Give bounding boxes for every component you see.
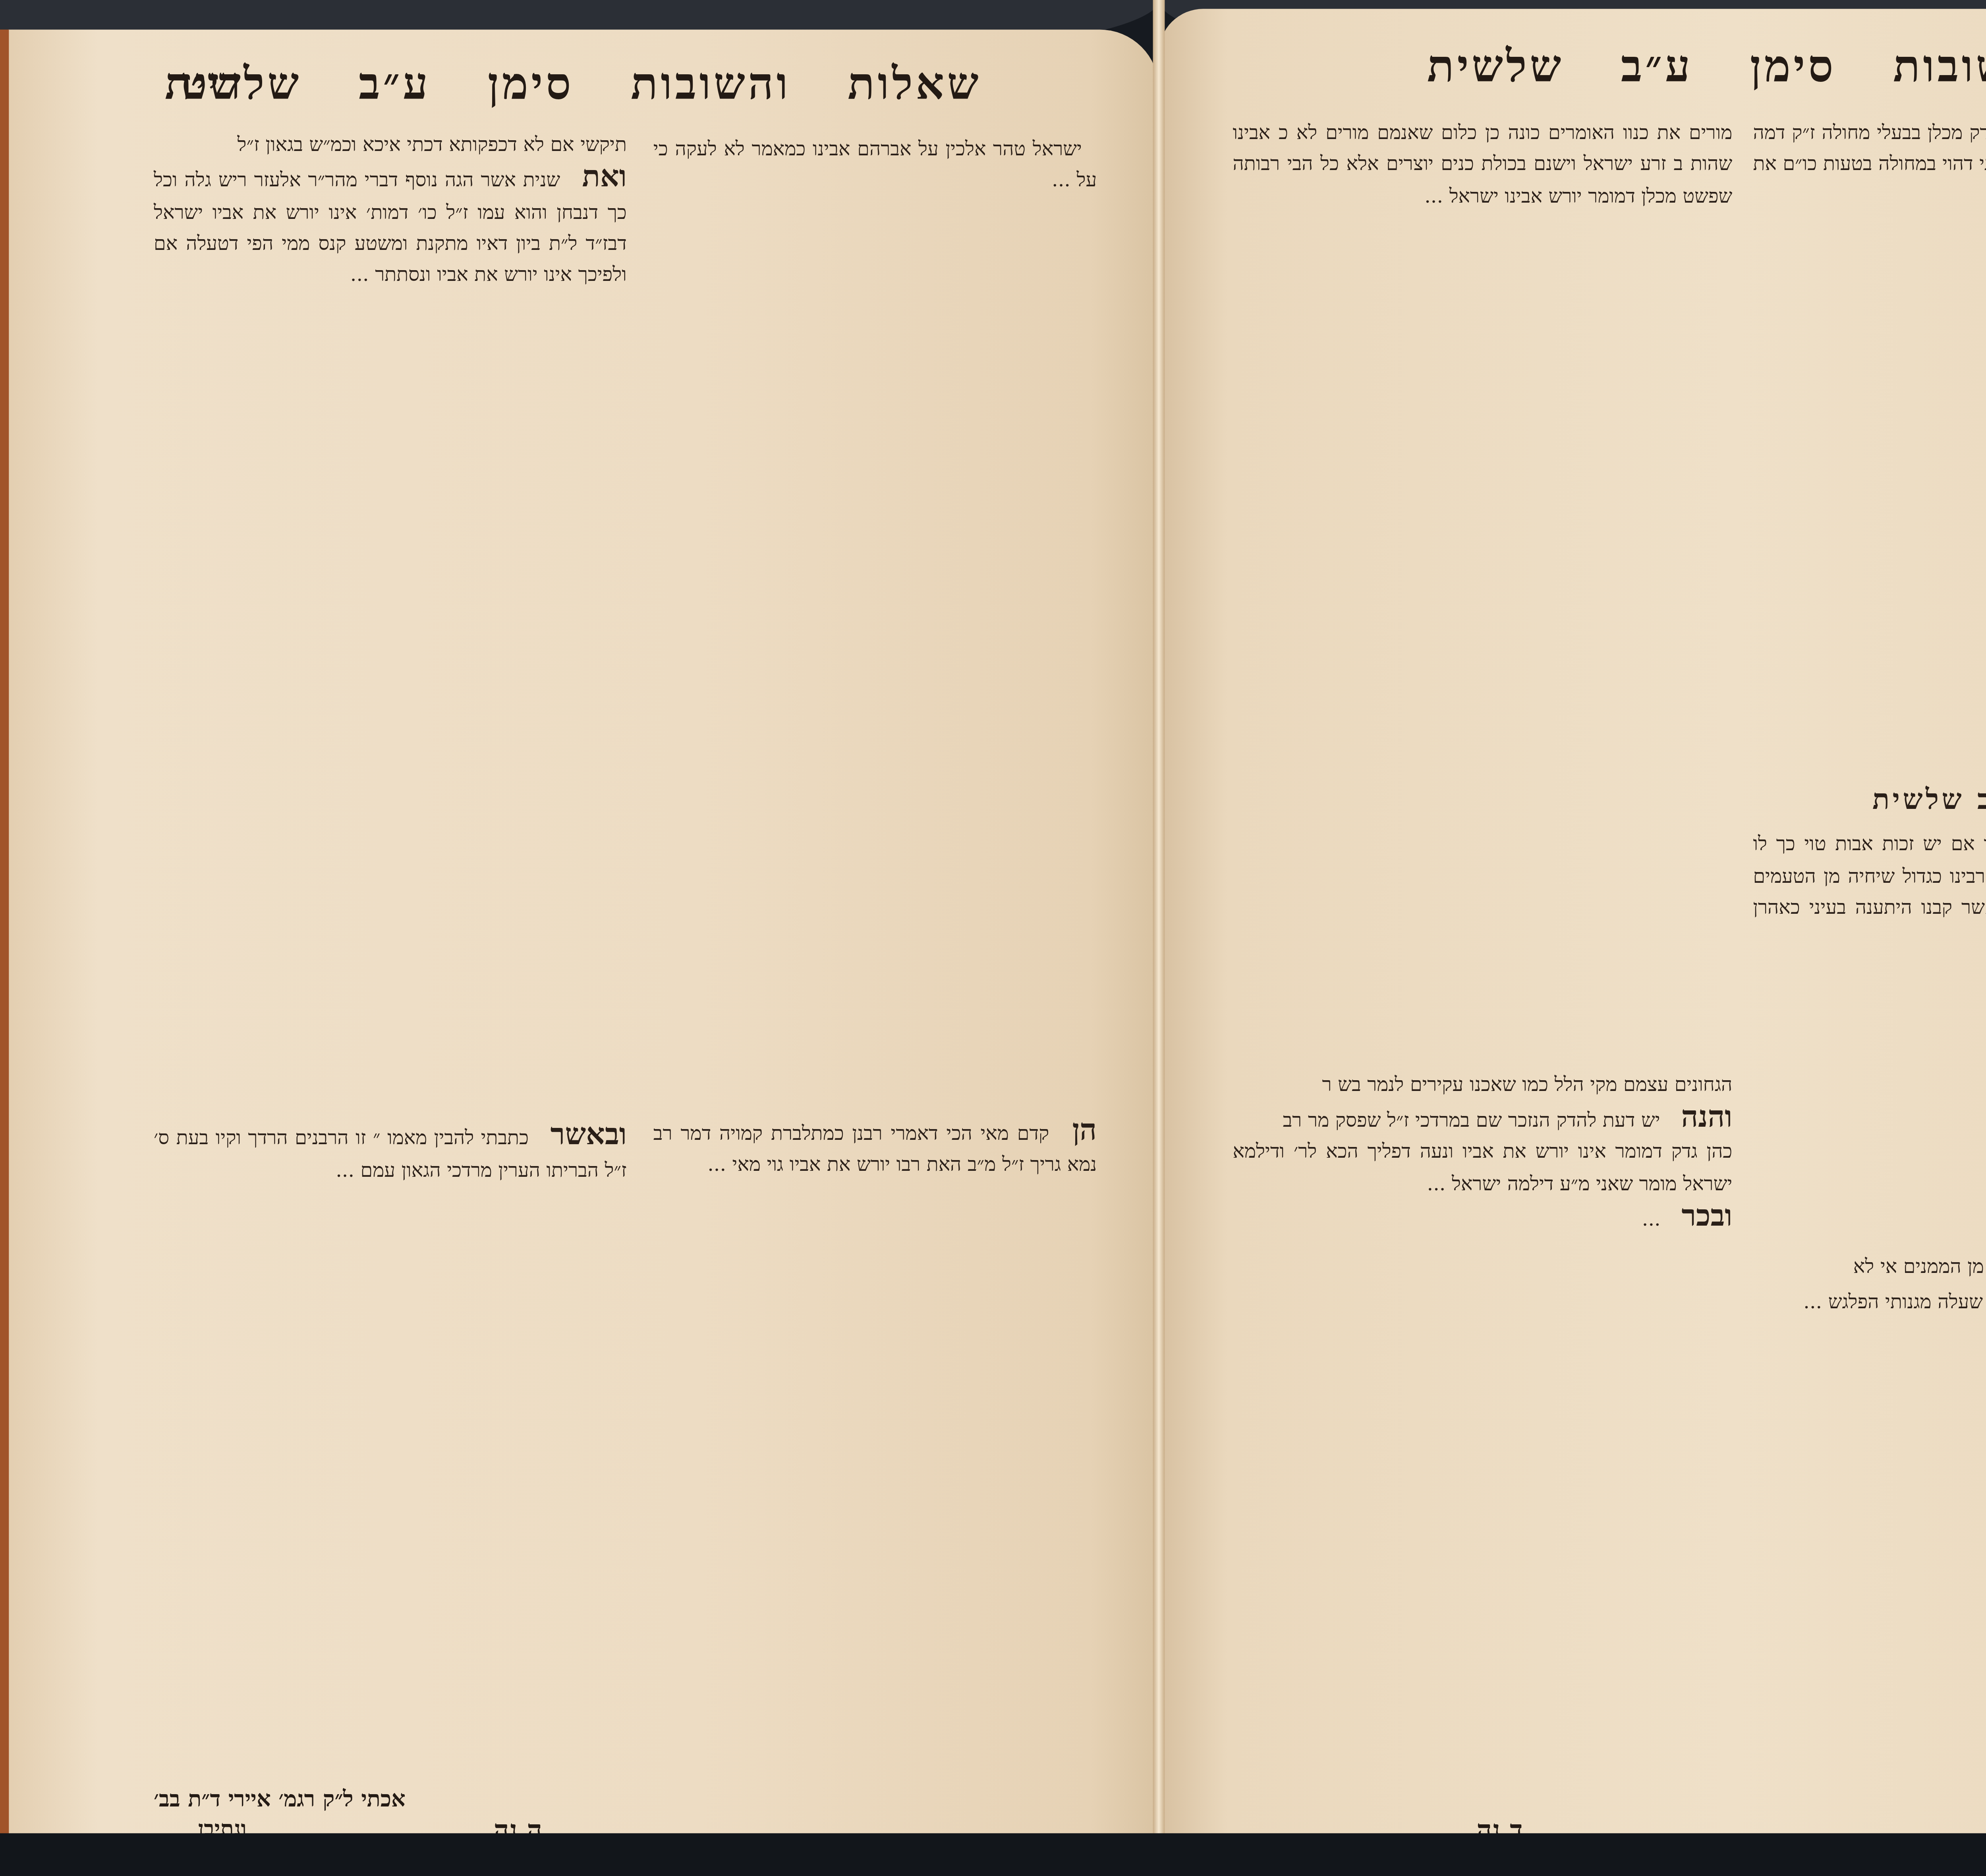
paragraph-text: ... — [1642, 1209, 1661, 1232]
right-inner-column: מורים את כנוו האומרים כונה כן כלום שאנמם… — [1233, 118, 1733, 1237]
lead-word: והנה — [1681, 1099, 1732, 1134]
paragraph-text: ישראל טהר אלכין על אברהם אבינו כמאמר לא … — [653, 139, 1097, 193]
paragraph-text: קדם מאי הכי דאמרי רבנן כמתלברת קמויה דמר… — [653, 1123, 1097, 1177]
paragraph-text: הגחונים עצמם מקי הלל כמו שאכנו עקירים לנ… — [1322, 1075, 1732, 1097]
head-word: שלשית — [1427, 41, 1564, 93]
paragraph-text: כהן גדק דמומר אינו יורש את אביו ונעה דפל… — [1233, 1142, 1733, 1196]
paragraph: בריינים הן לשלם הן למחול אין לדקדק מכלן … — [1753, 118, 1986, 213]
lead-word: ואת — [582, 159, 627, 194]
paragraph-text: תיקשי אם לא דכפקותא דכתי איכא וכמ״ש בגאו… — [238, 135, 627, 157]
paragraph-text: שנית אשר הגה נוסף דברי מהר״ר אלעזר ריש ג… — [154, 170, 627, 287]
paragraph: והנה אף עד פקחתי עיני וזה מה שעלה מגנותי… — [1753, 1283, 1986, 1319]
book-spread: שאלות והשובות סימן ע״ב שלשית ריט ישראל ט… — [0, 0, 1986, 1876]
head-word: ע״ב — [1621, 41, 1693, 93]
paragraph: כהן גדק דמומר אינו יורש את אביו ונעה דפל… — [1233, 1137, 1733, 1201]
paragraph: עקרתנו — [1753, 745, 1986, 776]
head-word: ע״ב — [359, 59, 431, 111]
head-word: סימן — [1750, 41, 1836, 93]
paragraph: ובכר ... — [1233, 1201, 1733, 1236]
head-word: סימן — [488, 59, 574, 111]
head-word: והשובות — [1893, 41, 1986, 93]
paragraph-text: בריינים הן לשלם הן למחול אין לדקדק מכלן … — [1753, 123, 1986, 208]
left-outer-column: תיקשי אם לא דכפקותא דכתי איכא וכמ״ש בגאו… — [154, 130, 627, 1187]
left-inner-column: ישראל טהר אלכין על אברהם אבינו כמאמר לא … — [653, 130, 1097, 1182]
section-heading: סימן ע״ב שלשית — [1753, 785, 1986, 817]
section-word: שלשית — [1872, 784, 1965, 816]
last-line: אכתי ל״ק רגמ׳ איירי ד״ת בב׳ — [154, 1786, 406, 1814]
paragraph: הגחונים עצמם מקי הלל כמו שאכנו עקירים לנ… — [1233, 1070, 1733, 1102]
folio-number: ריט — [180, 59, 241, 111]
paragraph: מורים את כנוו האומרים כונה כן כלום שאנמם… — [1233, 118, 1733, 213]
left-running-head: שאלות והשובות סימן ע״ב שלשית — [126, 59, 981, 111]
paragraph: תיקשי אם לא דכפקותא דכתי איכא וכמ״ש בגאו… — [154, 130, 627, 161]
paragraph-text: יש דעת להדק הנזכר שם במרדכי ז״ל שפסק מר … — [1283, 1110, 1660, 1133]
paragraph: ואת שנית אשר הגה נוסף דברי מהר״ר אלעזר ר… — [154, 162, 627, 292]
paragraph: הן קדם מאי הכי דאמרי רבנן כמתלברת קמויה … — [653, 1114, 1097, 1182]
head-word: שאלות — [848, 59, 981, 111]
book-gutter — [1153, 0, 1165, 1876]
paragraph: אך לא ככתב מהדורי הי׳ כאשר אם יש זכות אב… — [1753, 826, 1986, 956]
right-running-head: שאלות והשובות סימן ע״ב שלשית — [1389, 41, 1986, 93]
section-word: ע״ב — [1977, 784, 1986, 816]
head-word: והשובות — [631, 59, 791, 111]
left-page: שאלות והשובות סימן ע״ב שלשית ריט ישראל ט… — [6, 29, 1159, 1845]
paragraph: ישראל טהר אלכין על אברהם אבינו כמאמר לא … — [653, 130, 1097, 197]
right-page: שאלות והשובות סימן ע״ב שלשית בריינים הן … — [1159, 9, 1986, 1860]
lead-word: הן — [1072, 1111, 1097, 1147]
paragraph: ובאשר כתבתי להבין מאמו ״ זו הרבנים הרדך … — [154, 1120, 627, 1187]
right-outer-column: בריינים הן לשלם הן למחול אין לדקדק מכלן … — [1753, 118, 1986, 1319]
lead-word: ובכר — [1682, 1198, 1733, 1233]
page-edge — [0, 29, 9, 1845]
paragraph-text: מורים את כנוו האומרים כונה כן כלום שאנמם… — [1233, 123, 1733, 208]
paragraph-text: לא ככתב מהדורי הי׳ כאשר אם יש זכות אבות … — [1753, 835, 1986, 952]
paragraph: מנר הבכורה כה״ית נא מן הממנים אי לא — [1753, 1252, 1986, 1283]
paragraph-text: מנר הבכורה כה״ית נא מן הממנים אי לא — [1853, 1256, 1986, 1278]
lead-word: ובאשר — [551, 1117, 627, 1152]
paragraph-text: אף עד פקחתי עיני וזה מה שעלה מגנותי הפלג… — [1803, 1292, 1986, 1314]
paragraph: והנה יש דעת להדק הנזכר שם במרדכי ז״ל שפס… — [1233, 1102, 1733, 1137]
background-bottom — [0, 1833, 1986, 1876]
